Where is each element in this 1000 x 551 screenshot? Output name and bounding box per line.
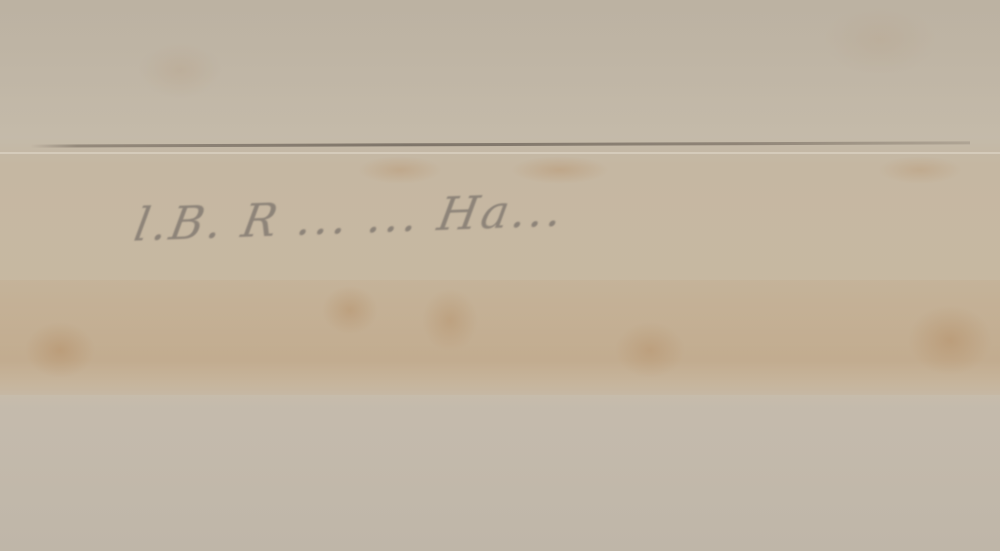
ruled-pencil-line	[30, 141, 970, 147]
upper-paper-area	[0, 0, 1000, 140]
lower-paper-area	[0, 395, 1000, 551]
stain-band	[0, 280, 1000, 395]
aged-paper: l.B. R ... ... Ha...	[0, 0, 1000, 551]
paper-edge-highlight	[0, 152, 1000, 154]
